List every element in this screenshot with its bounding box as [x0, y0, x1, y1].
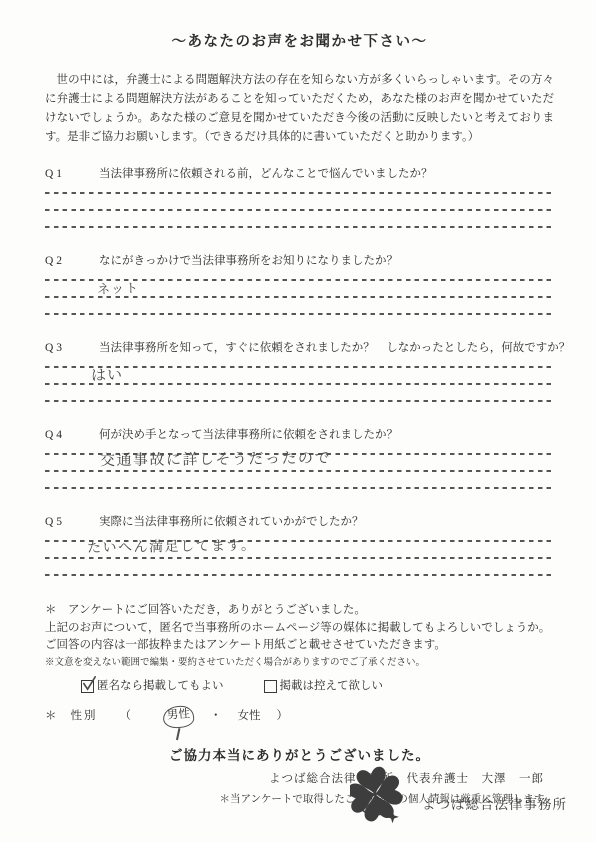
thanks-note: ＊ アンケートにご回答いただき，ありがとうございました。: [45, 602, 554, 620]
answer-area: [45, 192, 554, 228]
question-text: なにがきっかけで当法律事務所をお知りになりましたか？: [99, 254, 398, 269]
answer-area: ネット: [45, 279, 554, 315]
survey-title: ～あなたのお声をお聞かせ下さい～: [45, 30, 554, 51]
answer-area: たいへん満足してます。: [45, 540, 554, 576]
publish-consent-note: 上記のお声について，匿名で当事務所のホームページ等の媒体に掲載してもよろしいでし…: [45, 620, 554, 638]
clover-icon: [350, 766, 408, 828]
answer-line: [45, 226, 554, 228]
answer-line: [45, 192, 554, 194]
question-block-q2: Q2 なにがきっかけで当法律事務所をお知りになりましたか？ ネット: [45, 254, 554, 315]
anonymous-ok-option: 匿名なら掲載してもよい: [81, 678, 224, 696]
checkbox-label: 匿名なら掲載してもよい: [97, 678, 224, 696]
question-text: 当法律事務所に依頼される前，どんなことで悩んでいましたか？: [99, 167, 433, 182]
handwritten-answer: はい: [91, 364, 123, 386]
handwritten-answer: たいへん満足してます。: [87, 535, 257, 557]
gender-row: ＊ 性別 （ 男性 ・ 女性 ）: [45, 706, 554, 728]
closing-notes: ＊ アンケートにご回答いただき，ありがとうございました。 上記のお声について，匿…: [45, 602, 554, 727]
gender-paren-close: ）: [277, 708, 289, 726]
gender-separator: ・: [210, 708, 222, 726]
answer-line: [45, 400, 554, 402]
checkbox-label: 掲載は控えて欲しい: [280, 678, 384, 696]
answer-line: [45, 487, 554, 489]
question-label: Q4: [45, 428, 99, 443]
question-label: Q2: [45, 254, 99, 269]
closing-thanks: ご協力本当にありがとうございました。: [45, 744, 554, 764]
handwritten-check-icon: [80, 674, 99, 693]
answer-line: [45, 313, 554, 315]
question-block-q5: Q5 実際に当法律事務所に依頼されていかがでしたか？ たいへん満足してます。: [45, 515, 554, 576]
firm-logo-text: よつば総合法律事務所: [422, 781, 567, 813]
decline-publish-option: 掲載は控えて欲しい: [264, 678, 384, 696]
handwritten-answer: 交通事故に詳しそうだったので: [100, 447, 331, 470]
survey-page: ～あなたのお声をお聞かせ下さい～ 世の中には，弁護士による問題解決方法の存在を知…: [0, 0, 596, 842]
answer-area: はい: [45, 366, 554, 402]
anonymous-ok-checkbox-checked: [81, 680, 94, 693]
firm-logo: よつば総合法律事務所: [350, 766, 567, 828]
answer-line: [45, 470, 554, 472]
answer-line: [45, 574, 554, 576]
decline-publish-checkbox-unchecked: [264, 680, 277, 693]
gender-asterisk: ＊: [45, 708, 57, 726]
edit-disclaimer-note: ※文意を変えない範囲で編集・要約させていただく場合がありますのでご了承ください。: [45, 655, 554, 673]
question-text: 当法律事務所を知って，すぐに依頼をされましたか？ しなかったとしたら，何故ですか…: [99, 341, 570, 356]
answer-line: [45, 557, 554, 559]
question-label: Q1: [45, 167, 99, 182]
question-text: 何が決め手となって当法律事務所に依頼をされましたか？: [99, 428, 398, 443]
question-block-q4: Q4 何が決め手となって当法律事務所に依頼をされましたか？ 交通事故に詳しそうだ…: [45, 428, 554, 489]
question-label: Q3: [45, 341, 99, 356]
question-block-q1: Q1 当法律事務所に依頼される前，どんなことで悩んでいましたか？: [45, 167, 554, 228]
intro-text: 世の中には，弁護士による問題解決方法の存在を知らない方が多くいらっしゃいます。そ…: [45, 71, 554, 147]
gender-male-option-circled: 男性: [162, 704, 194, 728]
consent-checkbox-row: 匿名なら掲載してもよい 掲載は控えて欲しい: [81, 678, 554, 696]
question-block-q3: Q3 当法律事務所を知って，すぐに依頼をされましたか？ しなかったとしたら，何故…: [45, 341, 554, 402]
excerpt-note: ご回答の内容は一部抜粋またはアンケート用紙ごと載せさせていただきます。: [45, 637, 554, 655]
gender-label: 性別: [71, 708, 98, 726]
question-label: Q5: [45, 515, 99, 530]
gender-paren-open: （: [120, 708, 132, 726]
answer-area: 交通事故に詳しそうだったので: [45, 453, 554, 489]
gender-female-option: 女性: [238, 708, 261, 726]
handwritten-answer: ネット: [97, 277, 140, 297]
answer-line: [45, 209, 554, 211]
question-text: 実際に当法律事務所に依頼されていかがでしたか？: [99, 515, 364, 530]
